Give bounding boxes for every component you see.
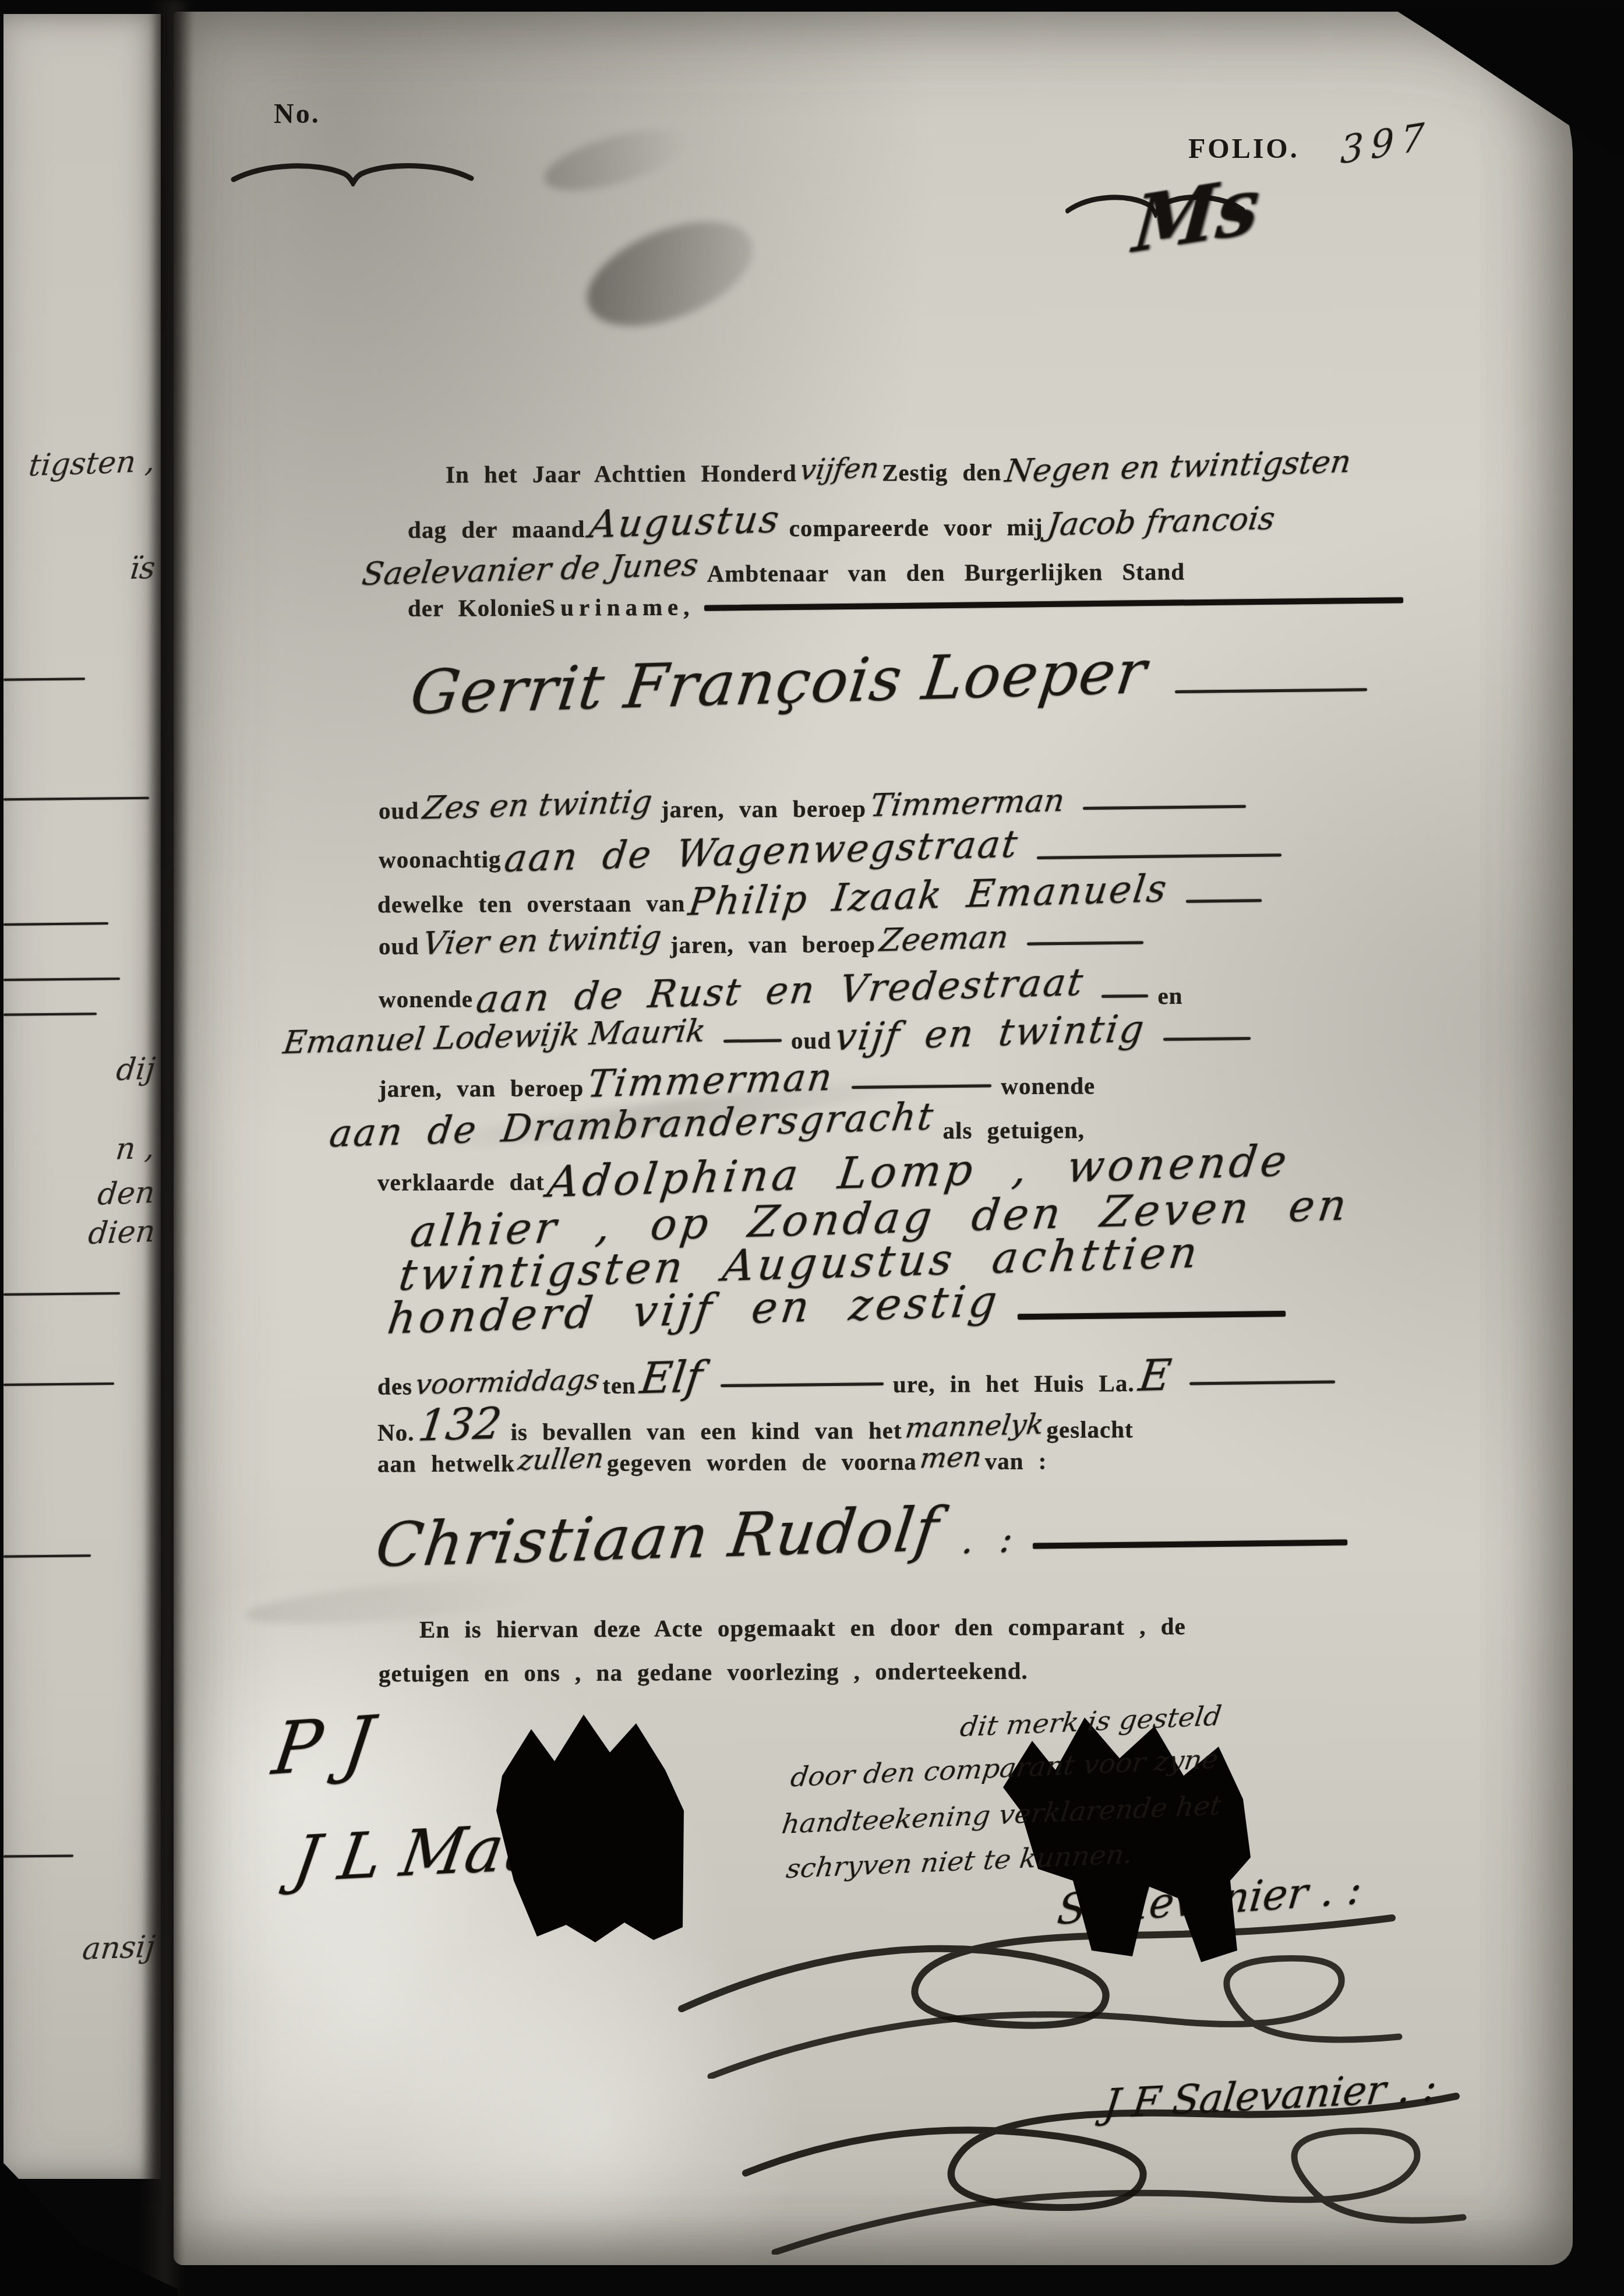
previous-page-dash — [3, 1382, 114, 1386]
document-line: aan de Drambrandersgrachtals getuigen, — [326, 1104, 1085, 1151]
document-line: dewelke ten overstaan vanPhilip Izaak Em… — [377, 875, 1271, 922]
printed-form-text: wonende — [379, 985, 473, 1013]
printed-form-text: ten — [602, 1372, 636, 1399]
scanned-civil-registry-photo: tigsten ,ïsdijn ,dendienansij No. FOLIO.… — [0, 0, 1624, 2296]
printed-form-text: der Kolonie — [408, 594, 542, 622]
printed-form-text: Zestig den — [882, 459, 1001, 486]
document-line: En is hiervan deze Acte opgemaakt en doo… — [419, 1613, 1186, 1643]
printed-form-text: Suriname, — [542, 594, 694, 621]
handwritten-entry: voormiddags — [414, 1363, 601, 1401]
handwritten-entry: Jacob francois — [1045, 500, 1277, 543]
printed-form-text: dag der maand — [408, 516, 585, 543]
ruled-dash — [1033, 1539, 1348, 1549]
ruled-dash — [1186, 899, 1262, 902]
printed-form-text: oud — [791, 1027, 831, 1054]
printed-form-text: In het Jaar Achttien Honderd — [446, 460, 797, 488]
ink-blot — [479, 1706, 700, 1951]
document-line: jaren, van beroepTimmermanwonende — [379, 1060, 1095, 1106]
handwritten-entry: men — [918, 1441, 983, 1475]
previous-page-dash — [3, 1554, 91, 1558]
handwritten-entry: Christiaan Rudolf — [372, 1494, 943, 1581]
document-line: honderd vijf en zestig — [384, 1285, 1295, 1339]
printed-form-text: ure, in het Huis La. — [893, 1370, 1135, 1398]
ruled-dash — [1083, 805, 1246, 810]
printed-form-text: No. — [377, 1419, 415, 1446]
printed-form-text: des — [377, 1373, 412, 1399]
child-name-line: Christiaan Rudolf. : — [373, 1496, 1357, 1571]
printed-form-text: van : — [984, 1447, 1047, 1474]
printed-form-text: als getuigen, — [942, 1116, 1085, 1144]
handwritten-entry: Vier en twintig — [421, 919, 663, 962]
printed-form-text: oud — [379, 933, 419, 960]
printed-form-text: verklaarde dat — [377, 1168, 545, 1195]
printed-form-text: Ambtenaar van den Burgerlijken Stand — [707, 558, 1185, 587]
document-line: oudVier en twintigjaren, van beroepZeema… — [379, 922, 1153, 962]
ruled-dash — [1027, 941, 1143, 945]
handwritten-entry: vijfen — [798, 452, 881, 487]
ruled-dash — [704, 597, 1403, 611]
ruled-dash — [1175, 688, 1367, 693]
previous-page-sliver: tigsten ,ïsdijn ,dendienansij — [3, 14, 161, 2179]
printed-form-text: geslacht — [1046, 1416, 1133, 1443]
handwritten-entry: Timmerman — [585, 1056, 836, 1106]
no-label: No. — [274, 98, 320, 130]
handwritten-entry: Augustus — [587, 498, 783, 546]
handwritten-entry: Timmerman — [868, 782, 1067, 824]
ruled-dash — [1018, 1311, 1286, 1320]
printed-form-text: dewelke ten overstaan van — [377, 890, 685, 918]
previous-page-dash — [3, 922, 108, 926]
handwritten-entry: E — [1136, 1350, 1174, 1401]
previous-page-dash — [3, 797, 149, 801]
signature-flourish — [728, 2074, 1497, 2255]
printed-form-text: en — [1157, 982, 1182, 1009]
handwritten-entry: Elf — [637, 1352, 705, 1403]
previous-page-dash — [3, 978, 120, 981]
ruled-dash — [721, 1382, 884, 1387]
ruled-dash — [723, 1039, 782, 1043]
brace-ornament — [230, 161, 475, 186]
ruled-dash — [1102, 994, 1148, 998]
handwritten-entry: Emanuel Lodewijk Maurik — [281, 1013, 708, 1061]
handwritten-entry: zullen — [516, 1442, 606, 1477]
printed-form-text: jaren, van beroep — [379, 1074, 584, 1102]
printed-form-text: jaren, van beroep — [670, 930, 875, 958]
printed-form-text: oud — [379, 797, 419, 824]
printed-form-text: is bevallen van een kind van het — [511, 1417, 902, 1445]
printed-form-text: compareerde voor mij — [789, 514, 1043, 542]
document-line: der KolonieSuriname, — [408, 591, 1413, 622]
document-line: In het Jaar Achttien HonderdvijfenZestig… — [446, 450, 1360, 491]
previous-page-dash — [3, 678, 85, 680]
ruled-dash — [852, 1084, 991, 1089]
printed-form-text: wonende — [1001, 1072, 1095, 1099]
document-line: Emanuel Lodewijk Maurikoudvijf en twinti… — [280, 1013, 1261, 1060]
handwritten-entry: 132 — [416, 1398, 505, 1451]
document-line: aan hetwelkzullengegeven worden de voorn… — [377, 1443, 1047, 1479]
folio-label: FOLIO. — [1188, 133, 1300, 165]
witness-signature-emanuels: P J — [268, 1700, 379, 1791]
document-line: dag der maandAugustuscompareerde voor mi… — [408, 500, 1284, 548]
previous-page-dash — [3, 1013, 97, 1016]
handwritten-entry: . : — [959, 1518, 1017, 1563]
handwritten-entry: vijf en twintig — [832, 1007, 1148, 1059]
previous-page-dash — [3, 1854, 73, 1857]
printed-form-text: woonachtig — [379, 845, 502, 873]
printed-form-text: En is hiervan deze Acte opgemaakt en doo… — [419, 1613, 1186, 1643]
printed-form-text: gegeven worden de voorna — [607, 1448, 917, 1476]
document-line: Saelevanier de JunesAmbtenaar van den Bu… — [358, 551, 1185, 591]
document-line: desvoormiddagstenElfure, in het Huis La.… — [377, 1350, 1344, 1405]
previous-page-text-fragment: tigsten , — [27, 444, 157, 483]
declarant-name-line: Gerrit François Loeper — [408, 641, 1376, 717]
handwritten-entry: Zeeman — [877, 918, 1011, 958]
ruled-dash — [1037, 853, 1281, 859]
ruled-dash — [1189, 1381, 1335, 1385]
document-line: getuigen en ons , na gedane voorlezing ,… — [379, 1658, 1028, 1687]
handwritten-entry: Zes en twintig — [421, 783, 654, 826]
document-line: oudZes en twintigjaren, van beroepTimmer… — [379, 786, 1255, 827]
ruled-dash — [1163, 1037, 1251, 1041]
previous-page-dash — [3, 1292, 120, 1296]
handwritten-entry: mannelyk — [903, 1408, 1045, 1445]
printed-form-text: aan hetwelk — [377, 1449, 515, 1477]
printed-form-text: getuigen en ons , na gedane voorlezing ,… — [379, 1657, 1028, 1687]
printed-form-text: jaren, van beroep — [661, 795, 866, 823]
